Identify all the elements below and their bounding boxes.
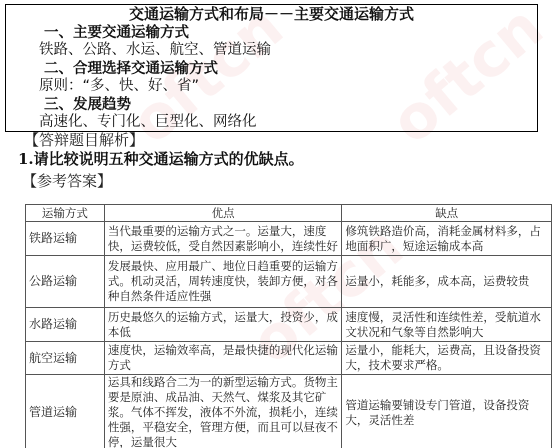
comparison-table: 运输方式 优点 缺点 铁路运输 当代最重要的运输方式之一。运量大，速度快，运费较… bbox=[25, 204, 552, 448]
pros-cell: 速度快，运输效率高，是最快捷的现代化运输方式 bbox=[104, 342, 342, 375]
cons-cell: 速度慢，灵活性和连续性差，受航道水文状况和气象等自然影响大 bbox=[342, 308, 552, 342]
header-cons: 缺点 bbox=[342, 205, 552, 222]
table-row: 铁路运输 当代最重要的运输方式之一。运量大，速度快，运费较低，受自然因素影响小，… bbox=[26, 222, 552, 256]
cons-cell: 运量小，耗能多，成本高，运费较贵 bbox=[342, 256, 552, 308]
mode-cell: 管道运输 bbox=[26, 375, 105, 448]
cons-cell: 修筑铁路造价高，消耗金属材料多，占地面积广，短途运输成本高 bbox=[342, 222, 552, 256]
pros-cell: 历史最悠久的运输方式，运量大，投资少，成本低 bbox=[104, 308, 342, 342]
summary-box: 交通运输方式和布局－－主要交通运输方式 一、主要交通运输方式 铁路、公路、水运、… bbox=[5, 4, 538, 132]
mode-cell: 公路运输 bbox=[26, 256, 105, 308]
table-header-row: 运输方式 优点 缺点 bbox=[26, 205, 552, 222]
table-row: 公路运输 发展最快、应用最广、地位日趋重要的运输方式。机动灵活，周转速度快，装卸… bbox=[26, 256, 552, 308]
section-content: 铁路、公路、水运、航空、管道运输 bbox=[39, 42, 271, 59]
section-heading: 一、主要交通运输方式 bbox=[44, 24, 189, 41]
section-content: 原则：“多、快、好、省” bbox=[39, 78, 199, 95]
mode-cell: 航空运输 bbox=[26, 342, 105, 375]
cons-cell: 运量小，能耗大，运费高，且设备投资大，技术要求严格。 bbox=[342, 342, 552, 375]
pros-cell: 发展最快、应用最广、地位日趋重要的运输方式。机动灵活，周转速度快，装卸方便，对各… bbox=[104, 256, 342, 308]
summary-title: 交通运输方式和布局－－主要交通运输方式 bbox=[6, 6, 537, 23]
analysis-label: 【答辩题目解析】 bbox=[24, 131, 144, 149]
table-row: 管道运输 运具和线路合二为一的新型运输方式。货物主要是原油、成品油、天然气、煤浆… bbox=[26, 375, 552, 448]
mode-cell: 铁路运输 bbox=[26, 222, 105, 256]
table-row: 水路运输 历史最悠久的运输方式，运量大，投资少，成本低 速度慢，灵活性和连续性差… bbox=[26, 308, 552, 342]
section-content: 高速化、专门化、巨型化、网络化 bbox=[39, 114, 257, 131]
section-heading: 三、发展趋势 bbox=[44, 96, 131, 113]
answer-label: 【参考答案】 bbox=[22, 172, 112, 190]
cons-cell: 管道运输要铺设专门管道，设备投资大，灵活性差 bbox=[342, 375, 552, 448]
pros-cell: 运具和线路合二为一的新型运输方式。货物主要是原油、成品油、天然气、煤浆及其它矿浆… bbox=[104, 375, 342, 448]
section-heading: 二、合理选择交通运输方式 bbox=[44, 60, 218, 77]
pros-cell: 当代最重要的运输方式之一。运量大，速度快，运费较低，受自然因素影响小，连续性好 bbox=[104, 222, 342, 256]
table-row: 航空运输 速度快，运输效率高，是最快捷的现代化运输方式 运量小，能耗大，运费高，… bbox=[26, 342, 552, 375]
question-text: 1.请比较说明五种交通运输方式的优缺点。 bbox=[18, 150, 304, 168]
mode-cell: 水路运输 bbox=[26, 308, 105, 342]
header-mode: 运输方式 bbox=[26, 205, 105, 222]
header-pros: 优点 bbox=[104, 205, 342, 222]
